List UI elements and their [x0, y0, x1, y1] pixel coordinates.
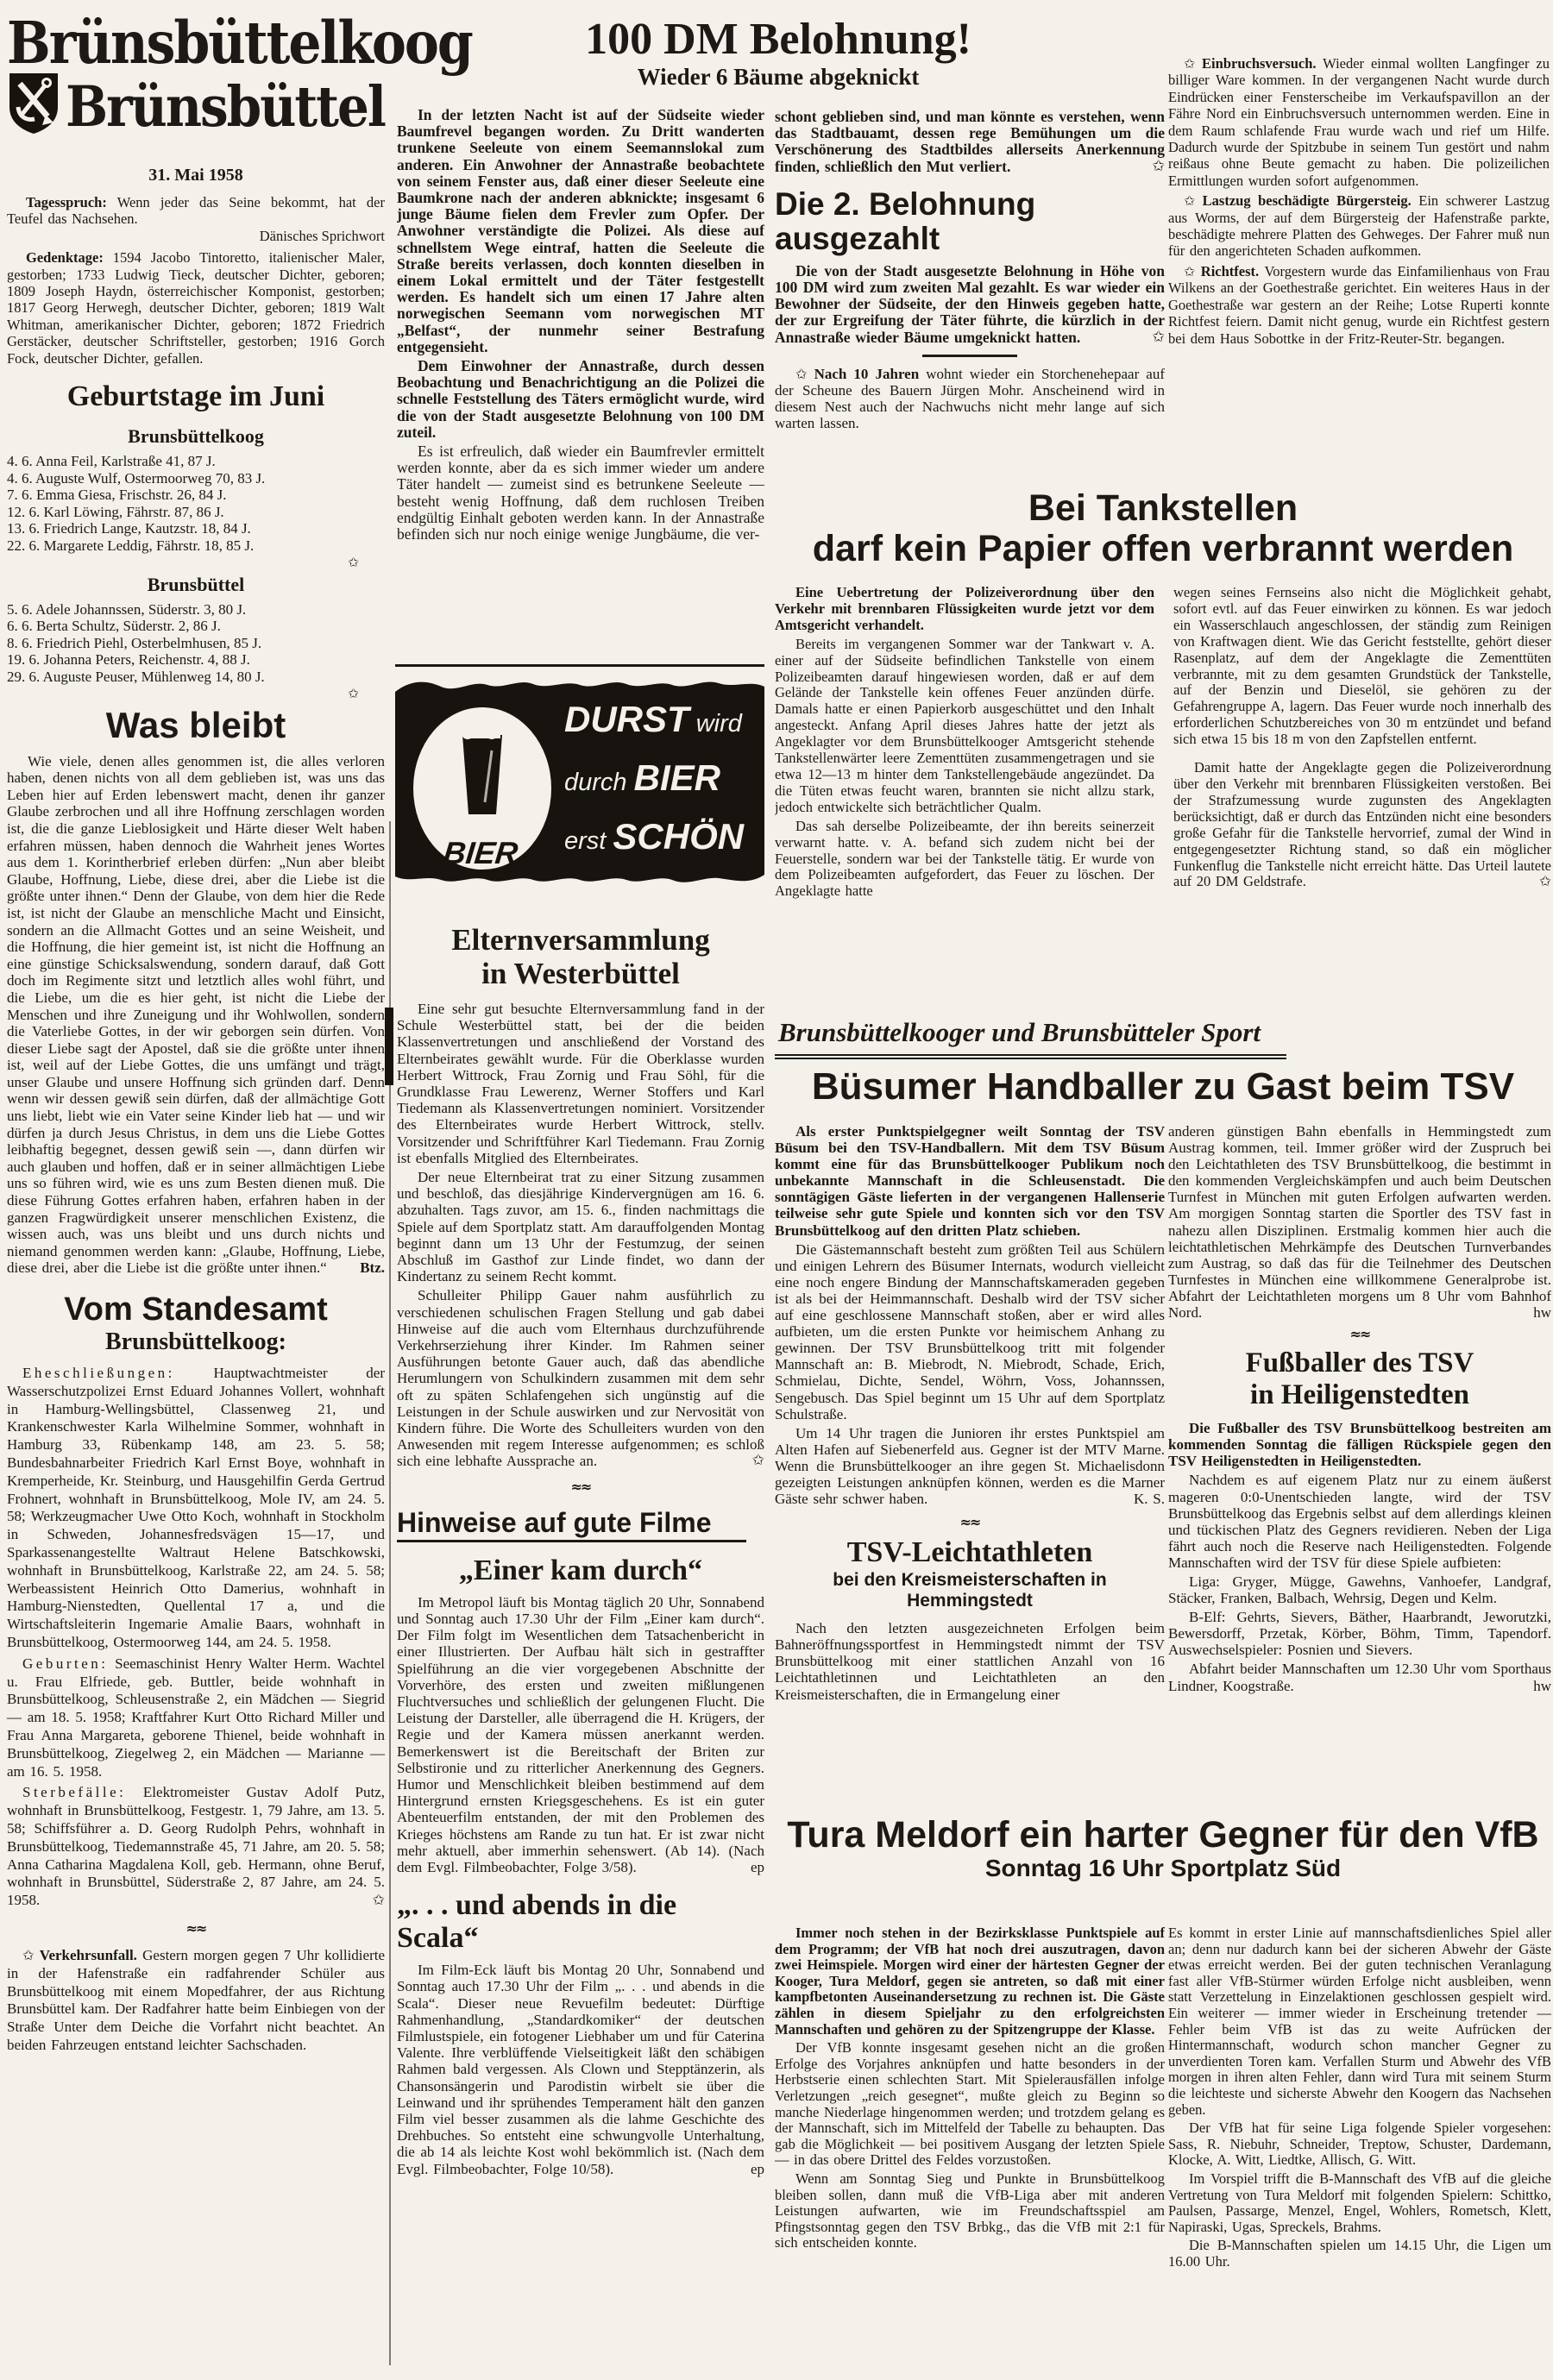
- beer-ad: BIER DURST wird durch BIER erst SCHÖN: [395, 663, 764, 892]
- tura-column1: Immer noch stehen in der Bezirksklasse P…: [775, 1925, 1165, 2374]
- lead-headline: 100 DM Belohnung!: [390, 16, 1166, 64]
- film1-body: Im Metropol läuft bis Montag täglich 20 …: [397, 1594, 764, 1875]
- paragraph: Schulleiter Philipp Gauer nahm ausführli…: [397, 1287, 764, 1469]
- continuation-text: schont geblieben sind, und man könnte es…: [775, 109, 1165, 175]
- gedenktage-label: Gedenktage:: [26, 249, 104, 266]
- paragraph: Es ist erfreulich, daß wieder ein Baumfr…: [397, 443, 764, 543]
- tagesspruch-attribution: Dänisches Sprichwort: [7, 228, 385, 244]
- paragraph: Der VfB hat für seine Liga folgende Spie…: [1168, 2120, 1551, 2169]
- tagesspruch-label: Tagesspruch:: [26, 194, 107, 210]
- right-notes-column: ✩ Einbruchsversuch. Wieder einmal wollte…: [1168, 55, 1550, 485]
- masthead-row: Brünsbüttel: [7, 71, 385, 136]
- list-item: 8. 6. Friedrich Piehl, Osterbelmhusen, 8…: [7, 635, 385, 652]
- leichtathletik-headline: TSV-Leichtathleten: [775, 1537, 1165, 1568]
- tura-column2: Es kommt in erster Linie auf mannschafts…: [1168, 1925, 1551, 2374]
- ad-word-erst: erst: [564, 827, 613, 855]
- paragraph: B-Elf: Gehrts, Sievers, Bäther, Haarbran…: [1168, 1609, 1551, 1658]
- lead-story-head: 100 DM Belohnung! Wieder 6 Bäume abgekni…: [390, 16, 1166, 90]
- belohnung2-headline: Die 2. Belohnung ausgezahlt: [775, 187, 1165, 256]
- geburtstage-section-title-brunsbuettel: Brunsbüttel: [7, 574, 385, 596]
- star-icon: ✩: [795, 366, 808, 382]
- belohnung2-body: Die von der Stadt ausgesetzte Belohnung …: [775, 262, 1165, 346]
- paragraph: Um 14 Uhr tragen die Junioren ihr erstes…: [775, 1425, 1165, 1507]
- paragraph: Die B-Mannschaften spielen um 14.15 Uhr,…: [1168, 2238, 1551, 2270]
- column3-top: schont geblieben sind, und man könnte es…: [775, 109, 1165, 487]
- crest-icon: [7, 71, 60, 136]
- sport-column2: anderen günstigen Bahn ebenfalls in Hemm…: [1168, 1123, 1551, 1809]
- left-column: 31. Mai 1958 Tagesspruch: Wenn jeder das…: [7, 154, 385, 2055]
- gedenktage-text: 1594 Jacobo Tintoretto, italienischer Ma…: [7, 249, 385, 366]
- filme-section-heading: Hinweise auf gute Filme: [397, 1507, 746, 1542]
- record-text: Hauptwachtmeister der Wasserschutzpolize…: [7, 1365, 385, 1650]
- was-bleibt-body: Wie viele, denen alles genommen ist, die…: [7, 753, 385, 1277]
- geburtstage-heading: Geburtstage im Juni: [7, 380, 385, 413]
- verkehrsunfall-label: Verkehrsunfall.: [40, 1947, 137, 1963]
- film1-signature: ep: [730, 1859, 764, 1875]
- leichtathletik-col1-text: Nach den letzten ausgezeichneten Erfolge…: [775, 1620, 1165, 1702]
- ad-word-durch: durch: [564, 769, 634, 796]
- was-bleibt-signature: Btz.: [339, 1259, 385, 1277]
- list-item: 12. 6. Karl Löwing, Fährstr. 87, 86 J.: [7, 504, 385, 521]
- film2-text: Im Film-Eck läuft bis Montag 20 Uhr, Son…: [397, 1962, 764, 2177]
- star-icon: ✩: [1184, 192, 1195, 209]
- star-icon: ✩: [7, 686, 385, 701]
- tank-paragraph-last: Damit hatte der Angeklagte gegen die Pol…: [1173, 759, 1551, 889]
- standesamt-geburten: Geburten: Seemaschinist Henry Walter Her…: [7, 1655, 385, 1781]
- fussball-signature: hw: [1512, 1678, 1551, 1694]
- lead-story-col1: In der letzten Nacht ist auf der Südseit…: [397, 107, 764, 661]
- wave-divider: ≈≈: [1168, 1326, 1551, 1342]
- sport-banner-text: Brunsbüttelkooger und Brunsbütteler Spor…: [775, 1018, 1286, 1056]
- paragraph: Wenn am Sonntag Sieg und Punkte in Bruns…: [775, 2171, 1165, 2251]
- note-text: Wieder einmal wollten Langfinger zu bill…: [1168, 55, 1550, 189]
- ad-word-schoen: SCHÖN: [613, 816, 744, 857]
- stork-note: ✩ Nach 10 Jahren wohnt wieder ein Storch…: [775, 366, 1165, 432]
- paragraph: Eine Uebertretung der Polizeiverordnung …: [775, 585, 1154, 634]
- tank-col-right: wegen seines Fernseins also nicht die Mö…: [1173, 585, 1551, 900]
- paragraph: Der VfB konnte insgesamt gesehen nicht a…: [775, 2040, 1165, 2169]
- tank-col-left: Eine Uebertretung der Polizeiverordnung …: [775, 585, 1154, 900]
- film1-headline: „Einer kam durch“: [397, 1554, 764, 1587]
- note-lead: Einbruchsversuch.: [1202, 55, 1316, 72]
- paragraph: Als erster Punktspielgegner weilt Sonnta…: [775, 1123, 1165, 1239]
- ad-word-wird: wird: [689, 710, 742, 738]
- paragraph: Im Vorspiel trifft die B-Mannschaft des …: [1168, 2171, 1551, 2235]
- eltern-headline-line1: Elternversammlung: [397, 923, 764, 957]
- tura-headline: Tura Meldorf ein harter Gegner für den V…: [775, 1815, 1551, 1855]
- paragraph: Das sah derselbe Polizeibeamte, der ihn …: [775, 819, 1154, 901]
- film2-body: Im Film-Eck läuft bis Montag 20 Uhr, Son…: [397, 1962, 764, 2176]
- paragraph: Die Gästemannschaft besteht zum größten …: [775, 1241, 1165, 1422]
- leichtathletik-subheadline: bei den Kreismeisterschaften in Hemmings…: [775, 1570, 1165, 1611]
- ad-slogan-line3: erst SCHÖN: [564, 816, 744, 857]
- ad-brand-word: BIER: [442, 835, 519, 871]
- paragraph: Damit hatte der Angeklagte gegen die Pol…: [1173, 760, 1551, 890]
- list-item: 19. 6. Johanna Peters, Reichenstr. 4, 88…: [7, 651, 385, 669]
- paragraph: Es kommt in erster Linie auf mannschafts…: [1168, 1925, 1551, 2118]
- lead-story-continuation: schont geblieben sind, und man könnte es…: [775, 109, 1165, 175]
- stork-lead: Nach 10 Jahren: [814, 366, 920, 382]
- belohnung2-text: Die von der Stadt ausgesetzte Belohnung …: [775, 263, 1165, 346]
- paragraph: Bereits im vergangenen Sommer war der Ta…: [775, 637, 1154, 816]
- fussball-abfahrt: Abfahrt beider Mannschaften um 12.30 Uhr…: [1168, 1661, 1551, 1693]
- record-label: Sterbefälle:: [22, 1784, 126, 1800]
- list-item: 5. 6. Adele Johannssen, Süderstr. 3, 80 …: [7, 601, 385, 619]
- tank-headline: Bei Tankstellen darf kein Papier offen v…: [775, 488, 1551, 569]
- handball-headline: Büsumer Handballer zu Gast beim TSV: [775, 1066, 1551, 1108]
- list-item: 6. 6. Berta Schultz, Süderstr. 2, 86 J.: [7, 618, 385, 635]
- note-lastzug: ✩ Lastzug beschädigte Bürgersteig. Ein s…: [1168, 192, 1550, 260]
- paragraph: In der letzten Nacht ist auf der Südseit…: [397, 107, 764, 355]
- star-icon: ✩: [1152, 159, 1165, 175]
- film2-headline: „. . . und abends in die Scala“: [397, 1889, 764, 1955]
- paragraph: Eine sehr gut besuchte Elternversammlung…: [397, 1001, 764, 1166]
- ad-word-durst: DURST: [564, 699, 689, 739]
- handball-signature: K. S.: [1113, 1491, 1165, 1507]
- ad-slogan-line2: durch BIER: [564, 757, 720, 799]
- star-icon: ✩: [7, 555, 385, 570]
- list-item: 29. 6. Auguste Peuser, Mühlenweg 14, 80 …: [7, 669, 385, 686]
- birthday-list-koog: 4. 6. Anna Feil, Karlstraße 41, 87 J. 4.…: [7, 453, 385, 555]
- paragraph: Liga: Gryger, Mügge, Gawehns, Vanhoefer,…: [1168, 1573, 1551, 1606]
- star-icon: ✩: [1184, 55, 1195, 72]
- masthead: Brünsbüttelkoog Brünsbüttel: [7, 14, 385, 136]
- list-item: 7. 6. Emma Giesa, Frischstr. 26, 84 J.: [7, 487, 385, 504]
- tank-columns: Eine Uebertretung der Polizeiverordnung …: [775, 585, 1551, 900]
- star-icon: ✩: [1184, 263, 1195, 279]
- tank-headline-line2: darf kein Papier offen verbrannt werden: [775, 529, 1551, 569]
- list-item: 13. 6. Friedrich Lange, Kautzstr. 18, 84…: [7, 520, 385, 537]
- star-icon: ✩: [22, 1947, 35, 1963]
- was-bleibt-text: Wie viele, denen alles genommen ist, die…: [7, 753, 385, 1277]
- sport-column1: Als erster Punktspielgegner weilt Sonnta…: [775, 1123, 1165, 1809]
- issue-date: 31. Mai 1958: [7, 166, 385, 185]
- tura-subheadline: Sonntag 16 Uhr Sportplatz Süd: [775, 1855, 1551, 1882]
- print-artifact: [385, 1008, 393, 1085]
- star-icon: ✩: [1518, 874, 1551, 890]
- wave-divider: ≈≈: [775, 1514, 1165, 1530]
- standesamt-heading: Vom Standesamt: [7, 1292, 385, 1327]
- note-einbruchsversuch: ✩ Einbruchsversuch. Wieder einmal wollte…: [1168, 55, 1550, 189]
- geburtstage-section-title-koog: Brunsbüttelkoog: [7, 425, 385, 448]
- list-item: 4. 6. Anna Feil, Karlstraße 41, 87 J.: [7, 453, 385, 470]
- center-column-lower: Elternversammlung in Westerbüttel Eine s…: [397, 907, 764, 2374]
- note-lead: Richtfest.: [1201, 263, 1259, 279]
- paragraph: Dem Einwohner der Annastraße, durch dess…: [397, 358, 764, 441]
- paragraph: Nachdem es auf eigenem Platz nur zu eine…: [1168, 1472, 1551, 1571]
- list-item: 4. 6. Auguste Wulf, Ostermoorweg 70, 83 …: [7, 470, 385, 487]
- tankstellen-article: Bei Tankstellen darf kein Papier offen v…: [775, 488, 1551, 1018]
- tagesspruch: Tagesspruch: Wenn jeder das Seine bekomm…: [7, 194, 385, 228]
- tank-headline-line1: Bei Tankstellen: [775, 488, 1551, 529]
- record-label: Geburten:: [22, 1655, 108, 1672]
- star-icon: ✩: [1131, 330, 1165, 346]
- eltern-paragraph3: Schulleiter Philipp Gauer nahm ausführli…: [397, 1287, 764, 1469]
- leichtathletik-signature: hw: [1533, 1304, 1551, 1321]
- paragraph: Immer noch stehen in der Bezirksklasse P…: [775, 1925, 1165, 2038]
- film2-signature: ep: [730, 2161, 764, 2177]
- paragraph: Der neue Elternbeirat trat zu einer Sitz…: [397, 1169, 764, 1284]
- paragraph: Abfahrt beider Mannschaften um 12.30 Uhr…: [1168, 1661, 1551, 1693]
- list-item: 22. 6. Margarete Leddig, Fährstr. 18, 85…: [7, 537, 385, 555]
- standesamt-sterbefaelle: Sterbefälle: Elektromeister Gustav Adolf…: [7, 1784, 385, 1910]
- paragraph: wegen seines Fernseins also nicht die Mö…: [1173, 585, 1551, 748]
- ad-slogan-line1: DURST wird: [564, 699, 742, 740]
- eltern-headline-line2: in Westerbüttel: [397, 957, 764, 990]
- was-bleibt-heading: Was bleibt: [7, 706, 385, 744]
- verkehrsunfall: ✩ Verkehrsunfall. Gestern morgen gegen 7…: [7, 1947, 385, 2055]
- record-label: Eheschließungen:: [22, 1365, 175, 1381]
- paragraph: Die Fußballer des TSV Brunsbüttelkoog be…: [1168, 1420, 1551, 1469]
- fussball-headline: Fußballer des TSV in Heiligenstedten: [1168, 1347, 1551, 1411]
- gedenktage: Gedenktage: 1594 Jacobo Tintoretto, ital…: [7, 249, 385, 367]
- eltern-headline: Elternversammlung in Westerbüttel: [397, 923, 764, 990]
- note-richtfest: ✩ Richtfest. Vorgestern wurde das Einfam…: [1168, 263, 1550, 347]
- masthead-title-line1: Brünsbüttelkoog: [7, 14, 385, 73]
- fussball-headline-line2: in Heiligenstedten: [1168, 1379, 1551, 1411]
- standesamt-subheading: Brunsbüttelkoog:: [7, 1328, 385, 1356]
- wave-divider: ≈≈: [7, 1920, 385, 1937]
- handball-paragraph3: Um 14 Uhr tragen die Junioren ihr erstes…: [775, 1425, 1165, 1507]
- film1-text: Im Metropol läuft bis Montag täglich 20 …: [397, 1594, 764, 1875]
- leichtathletik-continuation: anderen günstigen Bahn ebenfalls in Hemm…: [1168, 1123, 1551, 1321]
- sport-banner: Brunsbüttelkooger und Brunsbütteler Spor…: [775, 1018, 1551, 1056]
- lead-subheadline: Wieder 6 Bäume abgeknickt: [390, 64, 1166, 90]
- ad-word-bier: BIER: [634, 757, 720, 798]
- tura-head: Tura Meldorf ein harter Gegner für den V…: [775, 1815, 1551, 1882]
- record-text: Elektromeister Gustav Adolf Putz, wohnha…: [7, 1784, 385, 1908]
- dash-divider: [922, 355, 1017, 357]
- note-lead: Lastzug beschädigte Bürgersteig.: [1203, 192, 1412, 209]
- newspaper-page: Brünsbüttelkoog Brünsbüttel 31. Mai 1958…: [0, 0, 1553, 2380]
- fussball-headline-line1: Fußballer des TSV: [1168, 1347, 1551, 1379]
- birthday-list-brunsbuettel: 5. 6. Adele Johannssen, Süderstr. 3, 80 …: [7, 601, 385, 686]
- masthead-title-line2: Brünsbüttel: [66, 78, 385, 135]
- leichtathletik-col2-text: anderen günstigen Bahn ebenfalls in Hemm…: [1168, 1123, 1551, 1321]
- standesamt-eheschliessungen: Eheschließungen: Hauptwachtmeister der W…: [7, 1365, 385, 1652]
- wave-divider: ≈≈: [397, 1479, 764, 1495]
- star-icon: ✩: [357, 1892, 385, 1910]
- record-text: Seemaschinist Henry Walter Herm. Wachtel…: [7, 1655, 385, 1780]
- star-icon: ✩: [732, 1453, 764, 1469]
